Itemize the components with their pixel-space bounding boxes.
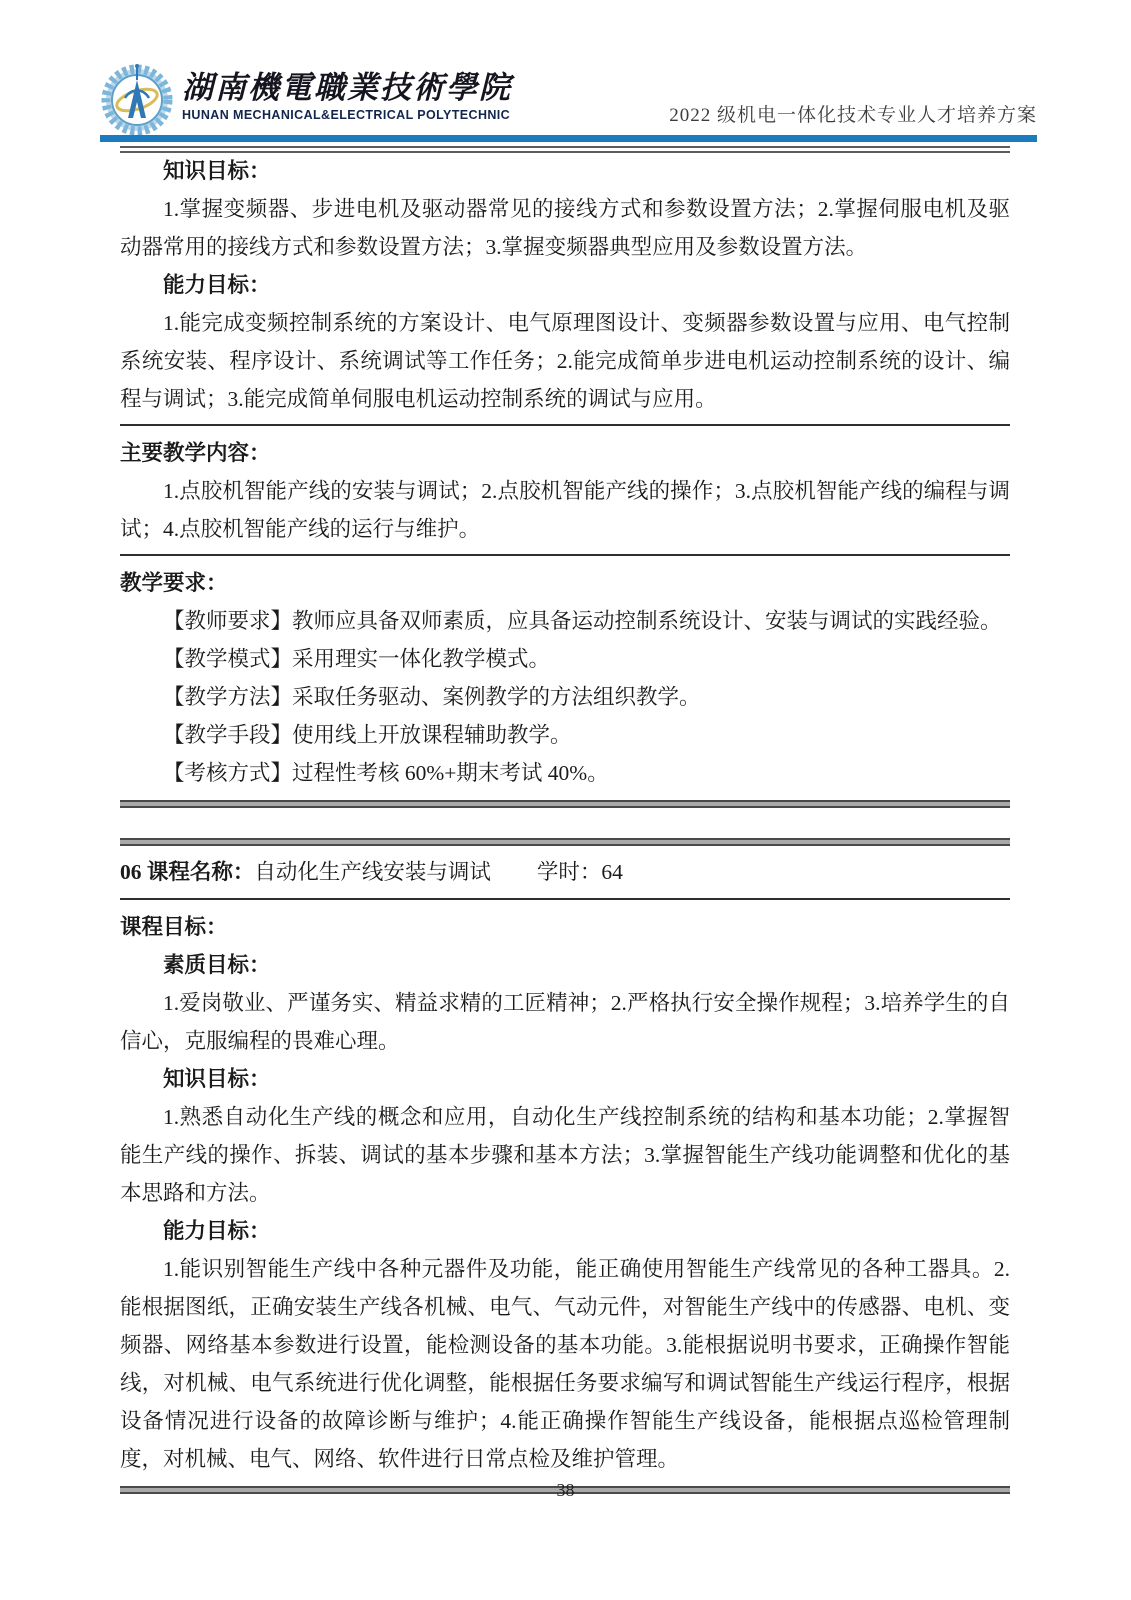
teaching-requirements-heading-05: 教学要求： [120,564,1010,602]
quality-objectives-text-06: 1.爱岗敬业、严谨务实、精益求精的工匠精神；2.严格执行安全操作规程；3.培养学… [120,984,1010,1060]
requirement-mode: 【教学模式】采用理实一体化教学模式。 [120,640,1010,678]
header-accent-bar [100,135,1037,142]
teaching-content-heading-05: 主要教学内容： [120,434,1010,472]
course-block-gap [120,808,1010,838]
requirement-assessment: 【考核方式】过程性考核 60%+期末考试 40%。 [120,754,1010,792]
ability-objectives-text-06: 1.能识别智能生产线中各种元器件及功能，能正确使用智能生产线常见的各种工器具。2… [120,1250,1010,1478]
page-body: 知识目标： 1.掌握变频器、步进电机及驱动器常见的接线方式和参数设置方法；2.掌… [120,152,1010,1494]
ability-objectives-heading-05: 能力目标： [120,266,1010,304]
section-divider [120,424,1010,426]
course-hours-value: 64 [601,860,623,884]
course-objectives-heading-06: 课程目标： [120,908,1010,946]
school-gear-emblem-icon [100,56,174,136]
course-title-value: 自动化生产线安装与调试 [254,860,491,884]
knowledge-objectives-heading-05: 知识目标： [120,152,1010,190]
teaching-content-text-05: 1.点胶机智能产线的安装与调试；2.点胶机智能产线的操作；3.点胶机智能产线的编… [120,472,1010,548]
course-hours-label: 学时： [537,860,602,884]
knowledge-objectives-text-06: 1.熟悉自动化生产线的概念和应用，自动化生产线控制系统的结构和基本功能；2.掌握… [120,1098,1010,1212]
school-name-en: HUNAN MECHANICAL&ELECTRICAL POLYTECHNIC [182,108,512,122]
requirement-means: 【教学手段】使用线上开放课程辅助教学。 [120,716,1010,754]
school-logo: 湖南機電職業技術學院 HUNAN MECHANICAL&ELECTRICAL P… [100,56,512,136]
section-divider [120,554,1010,556]
school-name-block: 湖南機電職業技術學院 HUNAN MECHANICAL&ELECTRICAL P… [182,71,512,122]
knowledge-objectives-heading-06: 知识目标： [120,1060,1010,1098]
course-block-start-rule [120,838,1010,846]
course-title-row: 06 课程名称：自动化生产线安装与调试学时：64 [120,852,1010,892]
ability-objectives-heading-06: 能力目标： [120,1212,1010,1250]
course-number-label: 06 课程名称： [120,860,254,884]
quality-objectives-heading-06: 素质目标： [120,946,1010,984]
knowledge-objectives-text-05: 1.掌握变频器、步进电机及驱动器常见的接线方式和参数设置方法；2.掌握伺服电机及… [120,190,1010,266]
document-title: 2022 级机电一体化技术专业人才培养方案 [669,100,1037,127]
requirement-method: 【教学方法】采取任务驱动、案例教学的方法组织教学。 [120,678,1010,716]
page-header: 湖南機電職業技術學院 HUNAN MECHANICAL&ELECTRICAL P… [0,0,1131,152]
ability-objectives-text-05: 1.能完成变频控制系统的方案设计、电气原理图设计、变频器参数设置与应用、电气控制… [120,304,1010,418]
school-name-cn: 湖南機電職業技術學院 [182,71,512,105]
requirement-teacher: 【教师要求】教师应具备双师素质，应具备运动控制系统设计、安装与调试的实践经验。 [120,602,1010,640]
course-block-end-rule [120,800,1010,808]
page-number: 38 [0,1480,1131,1501]
section-divider [120,898,1010,900]
